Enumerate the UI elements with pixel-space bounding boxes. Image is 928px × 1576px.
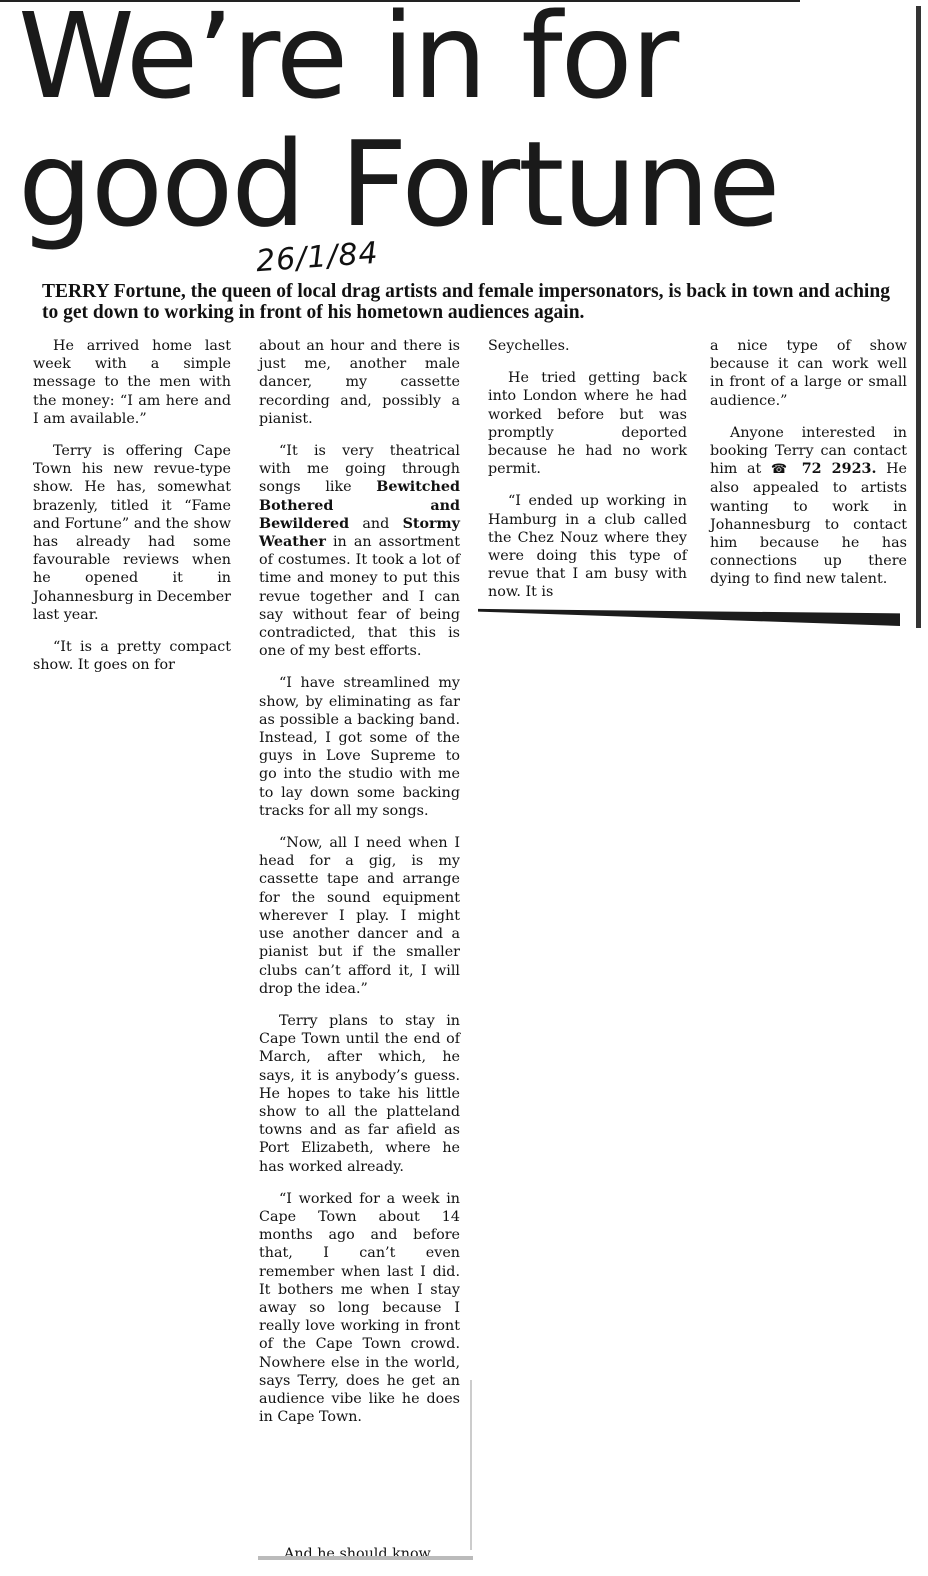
column-rule-right: [916, 6, 921, 628]
clipping-shadow: [258, 1556, 473, 1560]
paragraph: Terry is offering Cape Town his new revu…: [33, 442, 231, 624]
end-rule: [478, 608, 900, 626]
paragraph: “Now, all I need when I head for a gig, …: [259, 834, 460, 998]
headline-line-1: We’re in for: [18, 0, 677, 125]
headline-line-2: good Fortune: [18, 115, 779, 253]
paragraph: Seychelles.: [488, 337, 687, 355]
column-3: Seychelles. He tried getting back into L…: [488, 337, 687, 616]
paragraph: about an hour and there is just me, anot…: [259, 337, 460, 428]
column-1: He arrived home last week with a simple …: [33, 337, 231, 688]
paragraph: Anyone interested in booking Terry can c…: [710, 424, 907, 589]
paragraph: Terry plans to stay in Cape Town until t…: [259, 1012, 460, 1176]
paragraph: He tried getting back into London where …: [488, 369, 687, 478]
column-4: a nice type of show because it can work …: [710, 337, 907, 603]
clipping-edge: [470, 1380, 472, 1550]
paragraph: a nice type of show because it can work …: [710, 337, 907, 410]
phone-number: 72 2923.: [802, 461, 877, 477]
paragraph: “It is a pretty compact show. It goes on…: [33, 638, 231, 674]
paragraph: “I ended up working in Hamburg in a club…: [488, 492, 687, 601]
paragraph: He arrived home last week with a simple …: [33, 337, 231, 428]
telephone-icon: ☎: [771, 462, 792, 477]
column-2: about an hour and there is just me, anot…: [259, 337, 460, 1440]
paragraph: “I worked for a week in Cape Town about …: [259, 1190, 460, 1427]
headline: We’re in for good Fortune: [18, 0, 898, 248]
standfirst: TERRY Fortune, the queen of local drag a…: [42, 281, 904, 323]
paragraph: “It is very theatrical with me going thr…: [259, 442, 460, 660]
cut-off-text: And he should know: [258, 1545, 473, 1576]
handwritten-date: 26/1/84: [255, 236, 380, 279]
paragraph: “I have streamlined my show, by eliminat…: [259, 674, 460, 820]
